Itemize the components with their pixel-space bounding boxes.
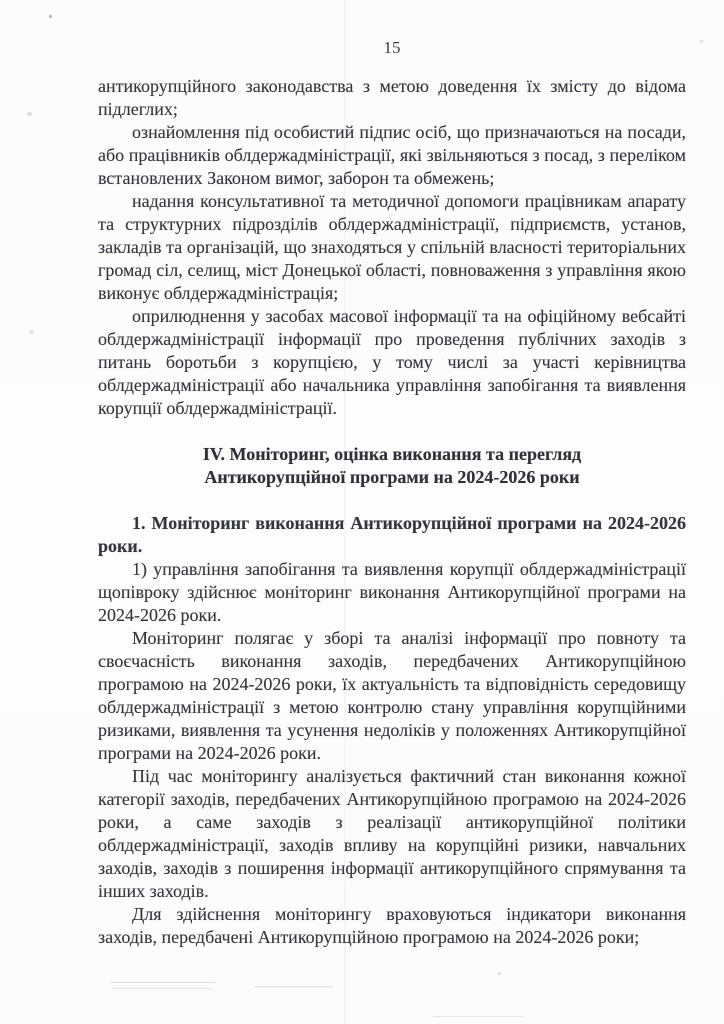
body-paragraph: антикорупційного законодавства з метою д… xyxy=(98,75,686,121)
body-paragraph: надання консультативної та методичної до… xyxy=(98,190,686,305)
section-heading-line-2: Антикорупційної програми на 2024-2026 ро… xyxy=(98,466,686,489)
body-paragraph: Під час моніторингу аналізується фактичн… xyxy=(98,765,686,903)
scan-speck-artifact xyxy=(498,972,501,975)
body-paragraph: оприлюднення у засобах масової інформаці… xyxy=(98,305,686,420)
scanned-document-page: 15 антикорупційного законодавства з мето… xyxy=(0,0,724,1024)
scan-smudge-artifact xyxy=(433,1016,523,1017)
scan-smudge-artifact xyxy=(255,986,333,988)
scan-smudge-artifact xyxy=(112,988,212,989)
scan-speck-artifact xyxy=(49,15,52,18)
subsection-heading: 1. Моніторинг виконання Антикорупційної … xyxy=(98,512,686,558)
body-paragraph: Для здійснення моніторингу враховуються … xyxy=(98,903,686,949)
page-number: 15 xyxy=(98,36,686,59)
scan-speck-artifact xyxy=(27,112,32,116)
scan-speck-artifact xyxy=(700,40,703,43)
page-content: 15 антикорупційного законодавства з мето… xyxy=(98,36,686,949)
section-heading: IV. Моніторинг, оцінка виконання та пере… xyxy=(98,443,686,489)
scan-smudge-artifact xyxy=(110,982,215,983)
body-paragraph: ознайомлення під особистий підпис осіб, … xyxy=(98,121,686,190)
scan-speck-artifact xyxy=(29,330,34,334)
section-heading-line-1: IV. Моніторинг, оцінка виконання та пере… xyxy=(98,443,686,466)
body-paragraph: 1) управління запобігання та виявлення к… xyxy=(98,558,686,627)
body-paragraph: Моніторинг полягає у зборі та аналізі ін… xyxy=(98,627,686,765)
